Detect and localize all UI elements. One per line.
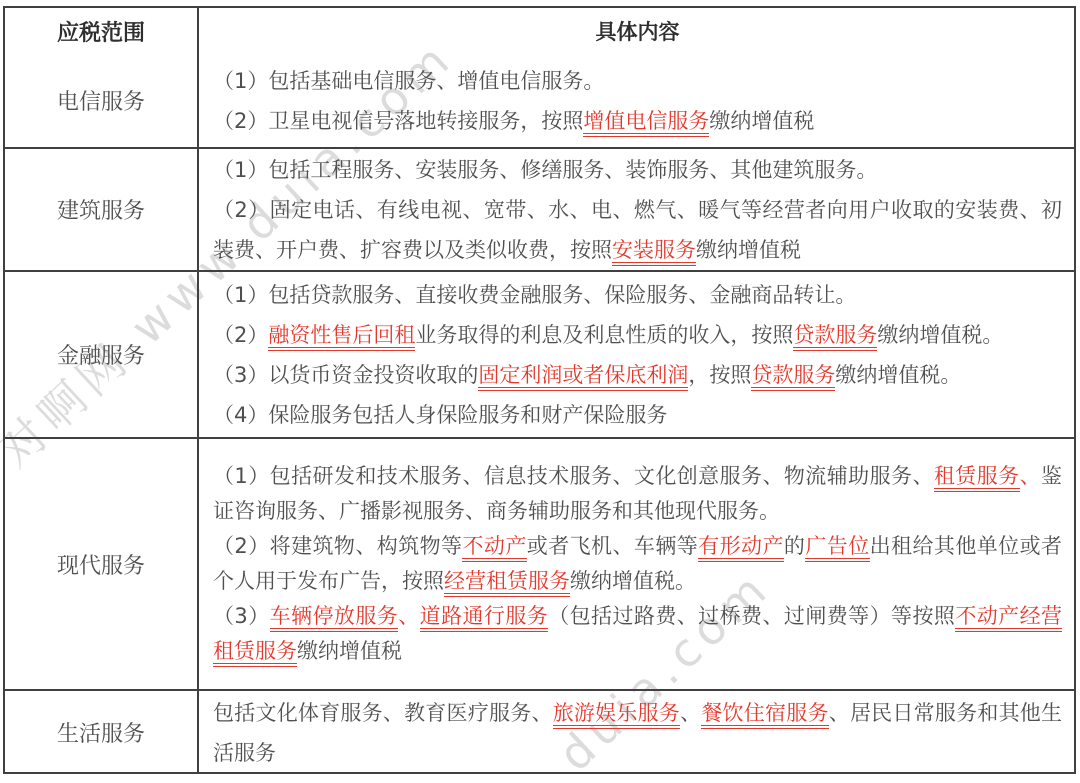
table-rows: 电信服务（1）包括基础电信服务、增值电信服务。（2）卫星电视信号落地转接服务，按… bbox=[5, 54, 1074, 774]
text-segment: 缴纳增值税 bbox=[709, 109, 814, 133]
content-cell: 包括文化体育服务、教育医疗服务、旅游娱乐服务、餐饮住宿服务、居民日常服务和其他生… bbox=[199, 691, 1074, 774]
highlight-term: 贷款服务 bbox=[793, 323, 877, 351]
table-row: 金融服务（1）包括贷款服务、直接收费金融服务、保险服务、金融商品转让。（2）融资… bbox=[5, 270, 1074, 437]
page: { "palette": { "border": "#404040", "bod… bbox=[0, 0, 1080, 783]
text-segment: （4）保险服务包括人身保险服务和财产保险服务 bbox=[213, 403, 667, 427]
text-segment: 缴纳增值税。 bbox=[570, 569, 696, 593]
text-segment: 缴纳增值税 bbox=[696, 238, 801, 262]
content-line: （3）以货币资金投资收取的固定利润或者保底利润，按照贷款服务缴纳增值税。 bbox=[213, 355, 1062, 395]
text-segment: 、 bbox=[680, 701, 701, 725]
content-line: （2）将建筑物、构筑物等不动产或者飞机、车辆等有形动产的广告位出租给其他单位或者… bbox=[213, 529, 1062, 599]
content-line: （4）保险服务包括人身保险服务和财产保险服务 bbox=[213, 395, 1062, 435]
highlight-term: 道路通行服务 bbox=[420, 604, 549, 632]
category-cell: 现代服务 bbox=[5, 439, 199, 689]
text-segment: （1）包括研发和技术服务、信息技术服务、文化创意服务、物流辅助服务、 bbox=[213, 464, 934, 488]
table-row: 生活服务包括文化体育服务、教育医疗服务、旅游娱乐服务、餐饮住宿服务、居民日常服务… bbox=[5, 689, 1074, 774]
text-segment: （2）卫星电视信号落地转接服务，按照 bbox=[213, 109, 583, 133]
text-segment: （1）包括基础电信服务、增值电信服务。 bbox=[213, 69, 604, 93]
header-label-content: 具体内容 bbox=[596, 16, 680, 46]
highlight-term: 安装服务 bbox=[612, 238, 696, 266]
highlight-term: 固定利润或者保底利润 bbox=[478, 363, 688, 391]
category-cell: 金融服务 bbox=[5, 272, 199, 437]
category-label: 生活服务 bbox=[57, 717, 145, 748]
table-row: 建筑服务（1）包括工程服务、安装服务、修缮服务、装饰服务、其他建筑服务。（2）固… bbox=[5, 147, 1074, 270]
category-label: 金融服务 bbox=[57, 339, 145, 370]
text-segment: 的 bbox=[784, 534, 805, 558]
highlight-term: 租赁服务 bbox=[934, 464, 1020, 492]
text-segment: ，按照 bbox=[688, 363, 751, 387]
category-label: 电信服务 bbox=[57, 85, 145, 116]
content-line: （1）包括基础电信服务、增值电信服务。 bbox=[213, 61, 1062, 101]
content-line: 包括文化体育服务、教育医疗服务、旅游娱乐服务、餐饮住宿服务、居民日常服务和其他生… bbox=[213, 693, 1062, 773]
text-segment: （3） bbox=[213, 604, 270, 628]
highlight-term: 增值电信服务 bbox=[583, 109, 709, 137]
content-line: （2）固定电话、有线电视、宽带、水、电、燃气、暖气等经营者向用户收取的安装费、初… bbox=[213, 190, 1062, 270]
text-segment: 缴纳增值税。 bbox=[835, 363, 961, 387]
content-line: （1）包括贷款服务、直接收费金融服务、保险服务、金融商品转让。 bbox=[213, 275, 1062, 315]
text-segment: （2） bbox=[213, 323, 268, 347]
category-cell: 生活服务 bbox=[5, 691, 199, 774]
red-text: 、 bbox=[398, 604, 419, 628]
text-segment: （包括过路费、过桥费、过闸费等）等按照 bbox=[548, 604, 955, 628]
highlight-term: 旅游娱乐服务 bbox=[553, 701, 680, 729]
content-line: （2）融资性售后回租业务取得的利息及利息性质的收入，按照贷款服务缴纳增值税。 bbox=[213, 315, 1062, 355]
content-cell: （1）包括基础电信服务、增值电信服务。（2）卫星电视信号落地转接服务，按照增值电… bbox=[199, 54, 1074, 147]
content-cell: （1）包括研发和技术服务、信息技术服务、文化创意服务、物流辅助服务、租赁服务、鉴… bbox=[199, 439, 1074, 689]
header-cell-scope: 应税范围 bbox=[5, 8, 199, 54]
text-segment: 包括文化体育服务、教育医疗服务、 bbox=[213, 701, 553, 725]
text-segment: （3）以货币资金投资收取的 bbox=[213, 363, 478, 387]
highlight-term: 广告位 bbox=[805, 534, 869, 562]
content-cell: （1）包括工程服务、安装服务、修缮服务、装饰服务、其他建筑服务。（2）固定电话、… bbox=[199, 149, 1074, 270]
content-line: （1）包括研发和技术服务、信息技术服务、文化创意服务、物流辅助服务、租赁服务、鉴… bbox=[213, 459, 1062, 529]
text-segment: 缴纳增值税。 bbox=[877, 323, 1003, 347]
content-cell: （1）包括贷款服务、直接收费金融服务、保险服务、金融商品转让。（2）融资性售后回… bbox=[199, 272, 1074, 437]
text-segment: 或者飞机、车辆等 bbox=[527, 534, 698, 558]
text-segment: 业务取得的利息及利息性质的收入，按照 bbox=[415, 323, 793, 347]
highlight-term: 车辆停放服务 bbox=[270, 604, 399, 632]
content-line: （1）包括工程服务、安装服务、修缮服务、装饰服务、其他建筑服务。 bbox=[213, 150, 1062, 190]
header-cell-content: 具体内容 bbox=[199, 8, 1074, 54]
highlight-term: 经营租赁服务 bbox=[444, 569, 570, 597]
text-segment: （1）包括工程服务、安装服务、修缮服务、装饰服务、其他建筑服务。 bbox=[213, 158, 877, 182]
category-label: 建筑服务 bbox=[57, 194, 145, 225]
highlight-term: 有形动产 bbox=[698, 534, 784, 562]
red-text: 、 bbox=[1020, 464, 1041, 488]
highlight-term: 融资性售后回租 bbox=[268, 323, 415, 351]
table-row: 现代服务（1）包括研发和技术服务、信息技术服务、文化创意服务、物流辅助服务、租赁… bbox=[5, 437, 1074, 689]
category-cell: 建筑服务 bbox=[5, 149, 199, 270]
text-segment: （1）包括贷款服务、直接收费金融服务、保险服务、金融商品转让。 bbox=[213, 283, 856, 307]
highlight-term: 餐饮住宿服务 bbox=[701, 701, 828, 729]
tax-scope-table: 应税范围 具体内容 电信服务（1）包括基础电信服务、增值电信服务。（2）卫星电视… bbox=[3, 6, 1076, 774]
text-segment: 缴纳增值税 bbox=[297, 639, 402, 663]
category-label: 现代服务 bbox=[57, 549, 145, 580]
table-header-row: 应税范围 具体内容 bbox=[5, 8, 1074, 54]
highlight-term: 不动产 bbox=[462, 534, 526, 562]
content-line: （2）卫星电视信号落地转接服务，按照增值电信服务缴纳增值税 bbox=[213, 101, 1062, 141]
header-label-scope: 应税范围 bbox=[57, 16, 145, 47]
table-row: 电信服务（1）包括基础电信服务、增值电信服务。（2）卫星电视信号落地转接服务，按… bbox=[5, 54, 1074, 147]
highlight-term: 贷款服务 bbox=[751, 363, 835, 391]
content-line: （3）车辆停放服务、道路通行服务（包括过路费、过桥费、过闸费等）等按照不动产经营… bbox=[213, 599, 1062, 669]
text-segment: （2）将建筑物、构筑物等 bbox=[213, 534, 462, 558]
category-cell: 电信服务 bbox=[5, 54, 199, 147]
